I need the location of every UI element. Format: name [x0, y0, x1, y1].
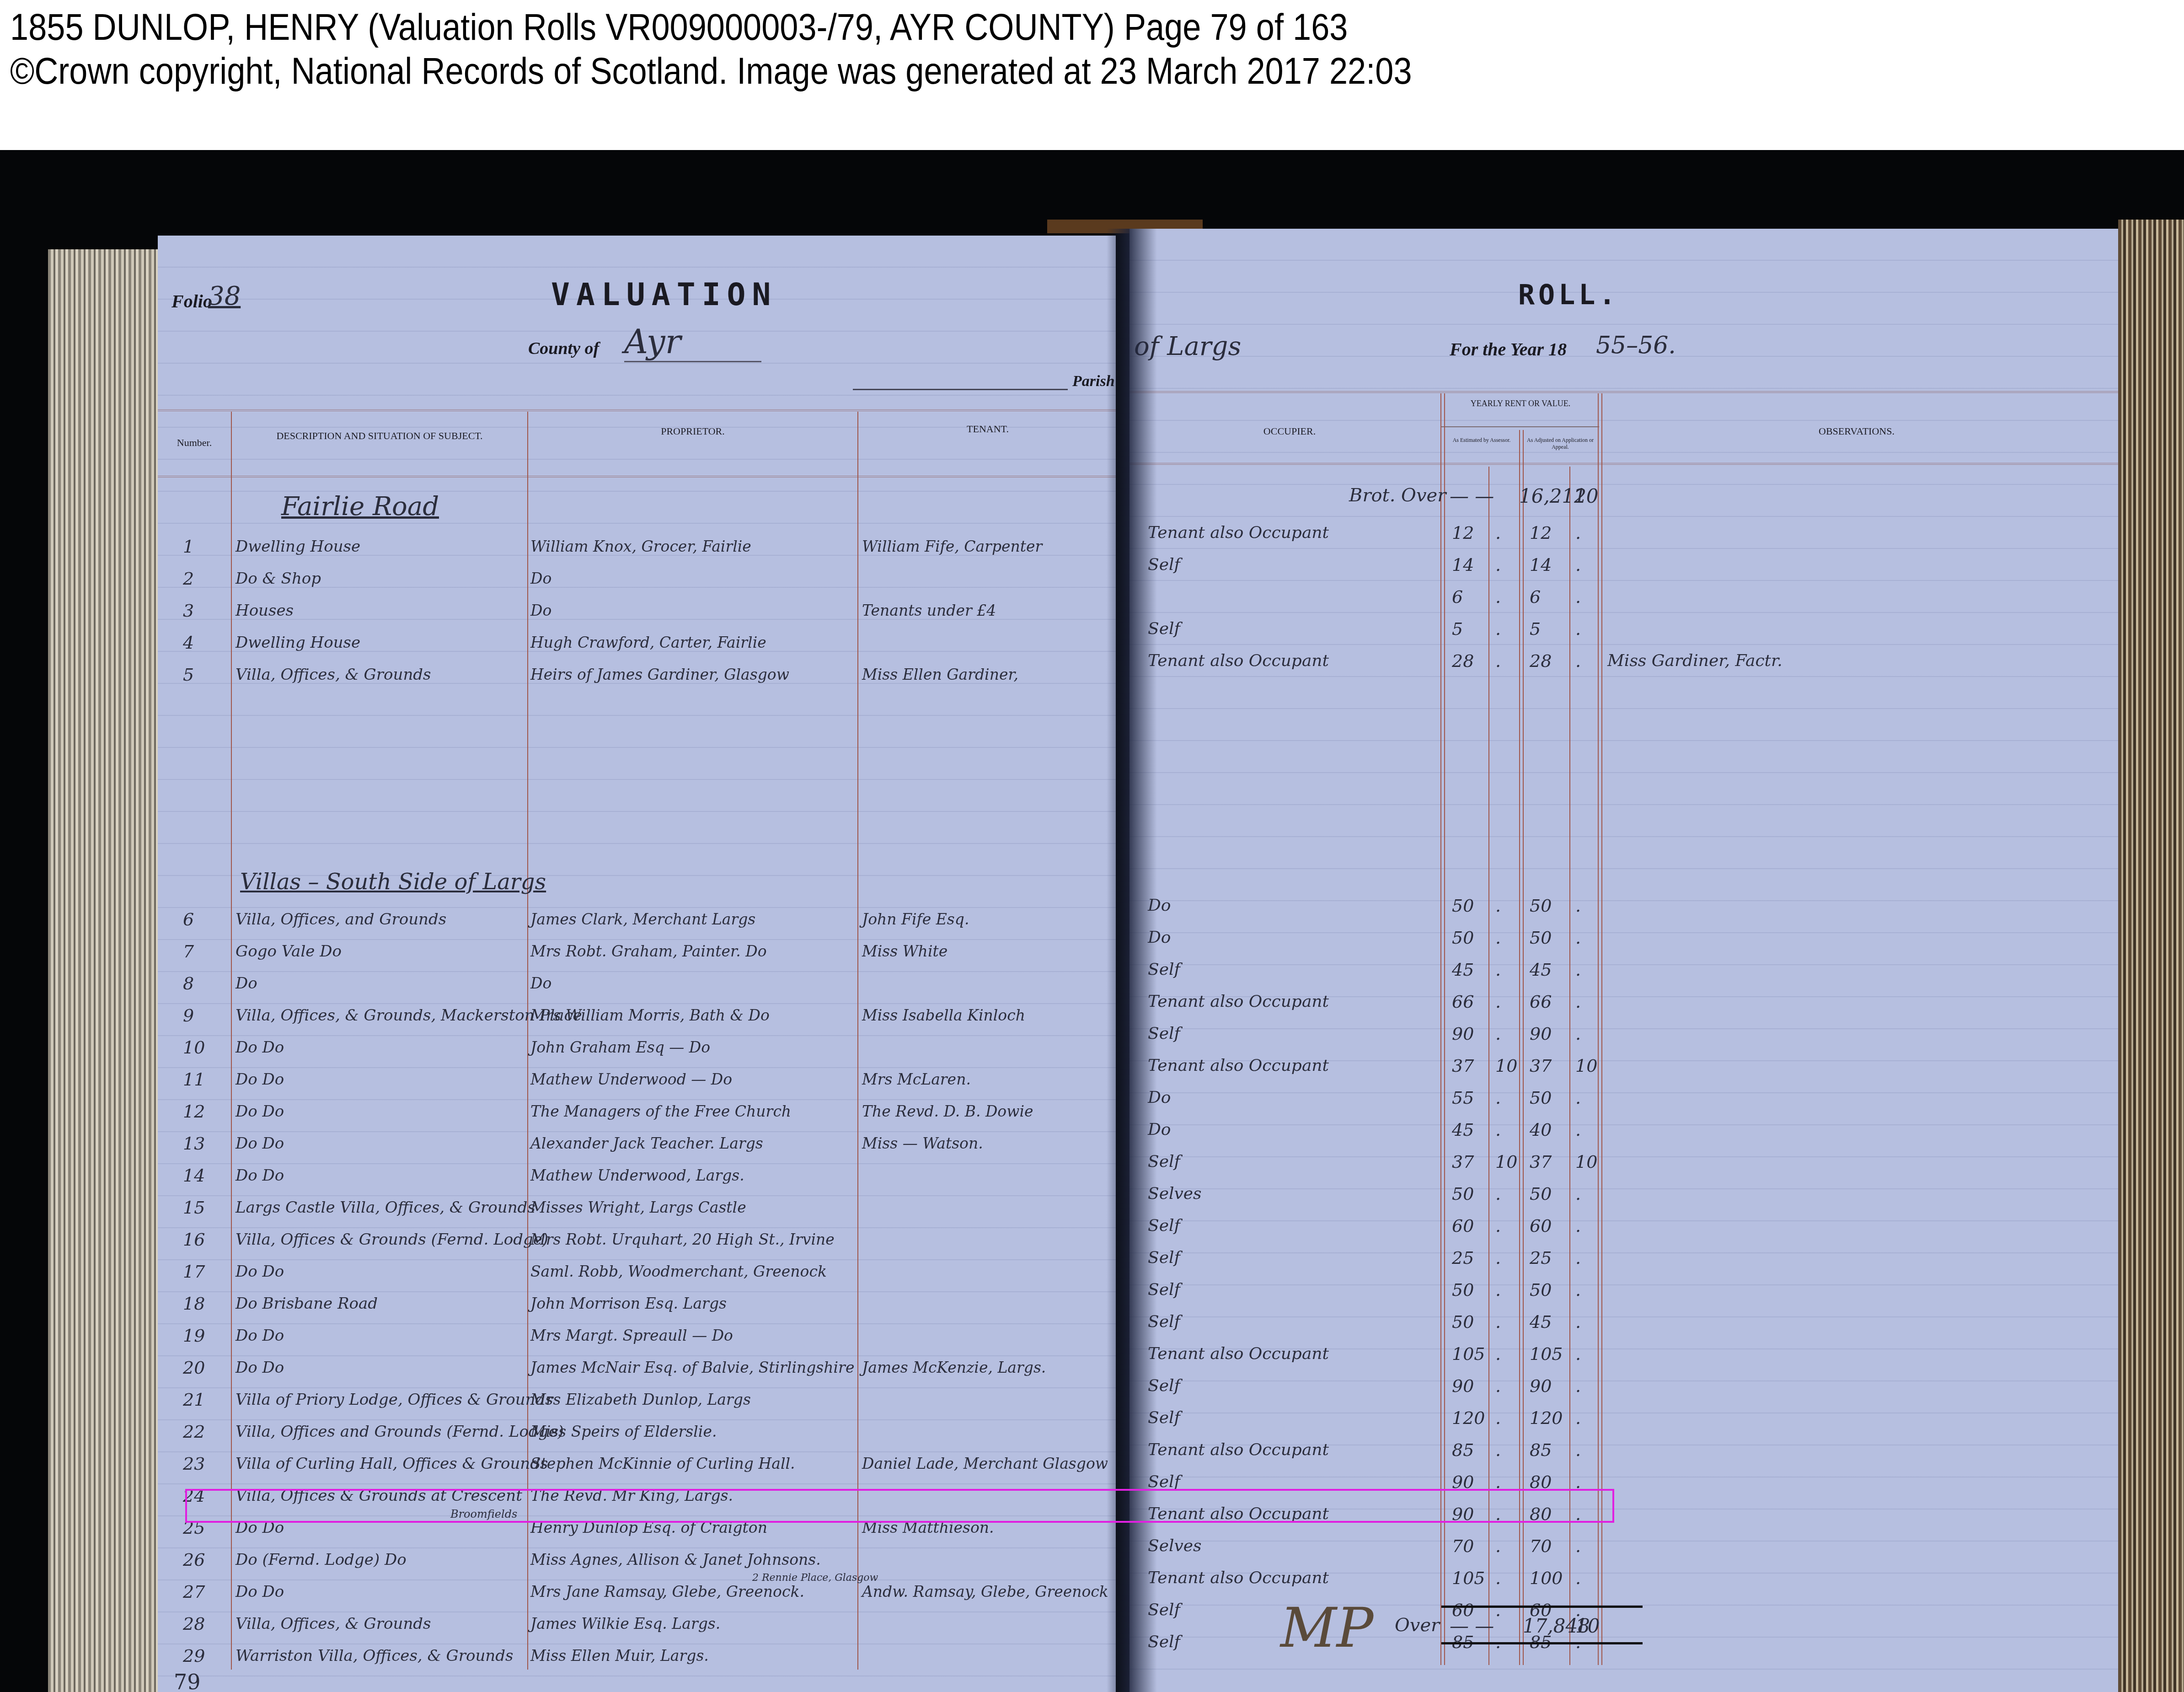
- row-adjusted-shillings: .: [1575, 1306, 1581, 1338]
- table-row: Self50.50.: [1129, 1274, 2118, 1306]
- row-adjusted-pounds: 105: [1530, 1338, 1563, 1370]
- row-estimated-pounds: 90: [1452, 1018, 1474, 1050]
- row-adjusted-shillings: .: [1575, 1562, 1581, 1594]
- row-number: 9: [183, 999, 194, 1031]
- col-header-estimated: As Estimated by Assessor.: [1445, 437, 1518, 444]
- row-adjusted-pounds: 50: [1530, 890, 1552, 922]
- carried-over-estimated: — —: [1450, 1615, 1494, 1637]
- row-description: Houses: [236, 595, 294, 627]
- row-estimated-shillings: .: [1495, 1530, 1501, 1562]
- row-adjusted-shillings: .: [1575, 922, 1581, 954]
- row-adjusted-shillings: .: [1575, 1018, 1581, 1050]
- row-description: Villa, Offices & Grounds (Fernd. Lodge): [236, 1224, 548, 1256]
- row-adjusted-pounds: 50: [1530, 1274, 1552, 1306]
- table-row: 23Villa of Curling Hall, Offices & Groun…: [158, 1448, 1116, 1480]
- row-description: Do & Shop: [236, 563, 321, 595]
- row-occupier: Tenant also Occupant: [1148, 1562, 1329, 1594]
- row-proprietor: James Clark, Merchant Largs: [530, 903, 755, 935]
- row-number: 13: [183, 1128, 205, 1160]
- row-tenant: William Fife, Carpenter: [862, 531, 1042, 563]
- row-estimated-shillings: .: [1495, 1274, 1501, 1306]
- year-value: 55–56.: [1596, 332, 1676, 359]
- book-page-edges-right: [2118, 220, 2184, 1692]
- col-header-number: Number.: [162, 437, 226, 449]
- row-estimated-pounds: 14: [1452, 549, 1474, 581]
- row-estimated-pounds: 28: [1452, 645, 1474, 677]
- table-row: 15Largs Castle Villa, Offices, & Grounds…: [158, 1192, 1116, 1224]
- table-row: Tenant also Occupant28.28.Miss Gardiner,…: [1129, 645, 2118, 677]
- carried-over-label: Over: [1395, 1615, 1440, 1636]
- row-estimated-pounds: 50: [1452, 1178, 1474, 1210]
- row-proprietor: Do: [530, 595, 551, 627]
- row-description: Gogo Vale Do: [236, 935, 342, 967]
- row-estimated-pounds: 70: [1452, 1530, 1474, 1562]
- table-row: 6Villa, Offices, and GroundsJames Clark,…: [158, 903, 1116, 935]
- table-row: 7Gogo Vale DoMrs Robt. Graham, Painter. …: [158, 935, 1116, 967]
- row-tenant: Miss Ellen Gardiner,: [862, 659, 1018, 691]
- table-row: Tenant also Occupant12.12.: [1129, 517, 2118, 549]
- row-number: 1: [183, 531, 194, 563]
- table-row: 6.6.: [1129, 581, 2118, 613]
- row-adjusted-pounds: 90: [1530, 1018, 1552, 1050]
- row-adjusted-shillings: .: [1575, 517, 1581, 549]
- row-adjusted-pounds: 70: [1530, 1530, 1552, 1562]
- row-estimated-shillings: .: [1495, 1466, 1501, 1498]
- row-proprietor: Do: [530, 563, 551, 595]
- row-estimated-shillings: .: [1495, 1562, 1501, 1594]
- row-tenant: Miss — Watson.: [862, 1128, 983, 1160]
- table-row: 28Villa, Offices, & GroundsJames Wilkie …: [158, 1608, 1116, 1640]
- row-description-note: Broomfields: [450, 1498, 517, 1530]
- table-row: Do50.50.: [1129, 890, 2118, 922]
- row-number: 2: [183, 563, 194, 595]
- row-estimated-pounds: 45: [1452, 1114, 1474, 1146]
- row-tenant: The Revd. D. B. Dowie: [862, 1096, 1033, 1128]
- row-number: 7: [183, 935, 194, 967]
- row-proprietor: John Graham Esq — Do: [530, 1031, 710, 1064]
- row-occupier: Tenant also Occupant: [1148, 986, 1329, 1018]
- row-number: 22: [183, 1416, 205, 1448]
- row-estimated-pounds: 50: [1452, 890, 1474, 922]
- row-adjusted-shillings: .: [1575, 1434, 1581, 1466]
- row-number: 20: [183, 1352, 205, 1384]
- row-description: Do (Fernd. Lodge) Do: [236, 1544, 407, 1576]
- row-description: Do Do: [236, 1352, 284, 1384]
- row-estimated-shillings: .: [1495, 517, 1501, 549]
- image-caption: 1855 DUNLOP, HENRY (Valuation Rolls VR00…: [10, 5, 1901, 93]
- col-header-proprietor: Proprietor.: [533, 425, 853, 437]
- row-adjusted-shillings: .: [1575, 581, 1581, 613]
- caption-copyright: ©Crown copyright, National Records of Sc…: [10, 49, 1901, 93]
- row-adjusted-pounds: 66: [1530, 986, 1552, 1018]
- left-page: Folio 38 VALUATION County of Ayr Parish …: [158, 236, 1116, 1692]
- row-number: 24: [183, 1480, 205, 1512]
- row-occupier: Tenant also Occupant: [1148, 1338, 1329, 1370]
- county-label: County of: [528, 338, 599, 359]
- row-description: Do Do: [236, 1320, 284, 1352]
- right-page: of Largs ROLL. For the Year 18 55–56. Oc…: [1129, 229, 2118, 1692]
- row-adjusted-shillings: .: [1575, 1178, 1581, 1210]
- row-number: 10: [183, 1031, 205, 1064]
- row-adjusted-pounds: 12: [1530, 517, 1552, 549]
- row-proprietor: James Wilkie Esq. Largs.: [530, 1608, 720, 1640]
- rent-subheader-rule: [1441, 426, 1599, 427]
- row-adjusted-shillings: .: [1575, 890, 1581, 922]
- row-adjusted-pounds: 25: [1530, 1242, 1552, 1274]
- row-adjusted-shillings: .: [1575, 954, 1581, 986]
- row-estimated-pounds: 120: [1452, 1402, 1485, 1434]
- row-adjusted-shillings: .: [1575, 549, 1581, 581]
- table-row: 5Villa, Offices, & GroundsHeirs of James…: [158, 659, 1116, 691]
- row-adjusted-shillings: 10: [1575, 1050, 1597, 1082]
- row-estimated-pounds: 37: [1452, 1050, 1474, 1082]
- row-number: 21: [183, 1384, 205, 1416]
- row-proprietor: Stephen McKinnie of Curling Hall.: [530, 1448, 795, 1480]
- row-tenant: Tenants under £4: [862, 595, 996, 627]
- row-estimated-shillings: .: [1495, 1114, 1501, 1146]
- table-row: Tenant also Occupant85.85.: [1129, 1434, 2118, 1466]
- row-observations: Miss Gardiner, Factr.: [1607, 645, 1783, 677]
- row-adjusted-shillings: .: [1575, 1338, 1581, 1370]
- row-adjusted-pounds: 100: [1530, 1562, 1563, 1594]
- county-value: Ayr: [624, 322, 761, 362]
- table-row: 18Do Brisbane RoadJohn Morrison Esq. Lar…: [158, 1288, 1116, 1320]
- row-tenant: James McKenzie, Largs.: [862, 1352, 1046, 1384]
- row-estimated-shillings: .: [1495, 613, 1501, 645]
- row-description: Villa, Offices, and Grounds: [236, 903, 446, 935]
- table-row: 25Do DoBroomfieldsHenry Dunlop Esq. of C…: [158, 1512, 1116, 1544]
- row-estimated-shillings: .: [1495, 549, 1501, 581]
- row-adjusted-pounds: 37: [1530, 1146, 1552, 1178]
- row-estimated-pounds: 60: [1452, 1210, 1474, 1242]
- row-estimated-pounds: 45: [1452, 954, 1474, 986]
- table-row: 26Do (Fernd. Lodge) DoMiss Agnes, Alliso…: [158, 1544, 1116, 1576]
- table-row: Self90.90.: [1129, 1370, 2118, 1402]
- title-valuation: VALUATION: [551, 277, 777, 313]
- table-row: 8DoDo: [158, 967, 1116, 999]
- header-rule-bottom-right: [1129, 463, 2118, 465]
- row-adjusted-shillings: .: [1575, 986, 1581, 1018]
- row-proprietor: Heirs of James Gardiner, Glasgow: [530, 659, 789, 691]
- row-adjusted-pounds: 5: [1530, 613, 1541, 645]
- section-title-villas: Villas – South Side of Largs: [240, 869, 546, 895]
- row-description: Warriston Villa, Offices, & Grounds: [236, 1640, 513, 1672]
- table-row: 12Do DoThe Managers of the Free ChurchTh…: [158, 1096, 1116, 1128]
- row-estimated-shillings: .: [1495, 1338, 1501, 1370]
- row-estimated-shillings: .: [1495, 986, 1501, 1018]
- row-adjusted-pounds: 45: [1530, 954, 1552, 986]
- row-adjusted-shillings: .: [1575, 1082, 1581, 1114]
- row-proprietor-note: 2 Rennie Place, Glasgow: [752, 1562, 878, 1594]
- row-number: 27: [183, 1576, 205, 1608]
- table-row: Self5.5.: [1129, 613, 2118, 645]
- row-adjusted-pounds: 28: [1530, 645, 1552, 677]
- row-adjusted-shillings: .: [1575, 1210, 1581, 1242]
- row-estimated-shillings: .: [1495, 922, 1501, 954]
- row-estimated-pounds: 50: [1452, 1306, 1474, 1338]
- row-proprietor: Mrs Robt. Urquhart, 20 High St., Irvine: [530, 1224, 835, 1256]
- col-header-observations: Observations.: [1605, 425, 2108, 437]
- row-estimated-shillings: 10: [1495, 1146, 1517, 1178]
- row-estimated-shillings: .: [1495, 1434, 1501, 1466]
- book-page-edges-left: [48, 249, 158, 1692]
- row-tenant: John Fife Esq.: [862, 903, 969, 935]
- row-estimated-pounds: 25: [1452, 1242, 1474, 1274]
- row-occupier: Tenant also Occupant: [1148, 1434, 1329, 1466]
- row-number: 25: [183, 1512, 205, 1544]
- table-row: Tenant also Occupant66.66.: [1129, 986, 2118, 1018]
- row-estimated-shillings: .: [1495, 1082, 1501, 1114]
- row-description: Do: [236, 967, 257, 999]
- row-estimated-shillings: .: [1495, 954, 1501, 986]
- row-proprietor: The Managers of the Free Church: [530, 1096, 791, 1128]
- row-adjusted-shillings: .: [1575, 1498, 1581, 1530]
- header-rule-top: [158, 409, 1116, 411]
- row-occupier: Tenant also Occupant: [1148, 517, 1329, 549]
- row-proprietor: Mathew Underwood — Do: [530, 1064, 732, 1096]
- table-row: Tenant also Occupant90.80.: [1129, 1498, 2118, 1530]
- row-adjusted-pounds: 120: [1530, 1402, 1563, 1434]
- row-occupier: Tenant also Occupant: [1148, 645, 1329, 677]
- brought-over-adjusted-shillings: 10: [1574, 485, 1598, 507]
- row-estimated-shillings: .: [1495, 1306, 1501, 1338]
- row-adjusted-pounds: 50: [1530, 1082, 1552, 1114]
- row-proprietor: Henry Dunlop Esq. of Craigton: [530, 1512, 767, 1544]
- row-number: 12: [183, 1096, 205, 1128]
- row-estimated-pounds: 6: [1452, 581, 1463, 613]
- row-description: Villa, Offices, & Grounds: [236, 1608, 431, 1640]
- row-number: 8: [183, 967, 194, 999]
- row-proprietor: Mrs Elizabeth Dunlop, Largs: [530, 1384, 751, 1416]
- row-number: 29: [183, 1640, 205, 1672]
- table-row: 19Do DoMrs Margt. Spreaull — Do: [158, 1320, 1116, 1352]
- col-header-description: Description and situation of subject.: [236, 430, 524, 442]
- row-estimated-pounds: 105: [1452, 1338, 1485, 1370]
- row-adjusted-pounds: 45: [1530, 1306, 1552, 1338]
- row-estimated-shillings: .: [1495, 645, 1501, 677]
- row-estimated-shillings: .: [1495, 1178, 1501, 1210]
- folio-label: Folio: [171, 290, 212, 312]
- table-row: Self90.80.: [1129, 1466, 2118, 1498]
- row-description: Villa, Offices, & Grounds: [236, 659, 431, 691]
- row-adjusted-pounds: 14: [1530, 549, 1552, 581]
- table-row: 17Do DoSaml. Robb, Woodmerchant, Greenoc…: [158, 1256, 1116, 1288]
- table-row: Self60.60.: [1129, 1210, 2118, 1242]
- row-tenant: Miss Matthieson.: [862, 1512, 994, 1544]
- row-tenant: Miss Isabella Kinloch: [862, 999, 1025, 1031]
- row-estimated-pounds: 90: [1452, 1466, 1474, 1498]
- row-proprietor: Mrs Robt. Graham, Painter. Do: [530, 935, 767, 967]
- row-adjusted-pounds: 50: [1530, 922, 1552, 954]
- row-number: 23: [183, 1448, 205, 1480]
- row-number: 16: [183, 1224, 205, 1256]
- row-adjusted-pounds: 37: [1530, 1050, 1552, 1082]
- row-proprietor: Miss Ellen Muir, Largs.: [530, 1640, 709, 1672]
- row-description: Do Brisbane Road: [236, 1288, 378, 1320]
- table-row: 22Villa, Offices and Grounds (Fernd. Lod…: [158, 1416, 1116, 1448]
- row-proprietor: Miss Speirs of Elderslie.: [530, 1416, 717, 1448]
- row-estimated-pounds: 90: [1452, 1370, 1474, 1402]
- row-estimated-shillings: .: [1495, 581, 1501, 613]
- table-row: 21Villa of Priory Lodge, Offices & Groun…: [158, 1384, 1116, 1416]
- table-row: Self37103710: [1129, 1146, 2118, 1178]
- row-proprietor: Do: [530, 967, 551, 999]
- row-adjusted-shillings: .: [1575, 1274, 1581, 1306]
- total-rule-top: [1441, 1606, 1643, 1608]
- row-adjusted-shillings: .: [1575, 1402, 1581, 1434]
- row-proprietor: The Revd. Mr King, Largs.: [530, 1480, 733, 1512]
- row-estimated-shillings: .: [1495, 1370, 1501, 1402]
- row-description: Do Do: [236, 1064, 284, 1096]
- row-adjusted-shillings: .: [1575, 613, 1581, 645]
- table-row: Selves50.50.: [1129, 1178, 2118, 1210]
- header-rule-top-right: [1129, 391, 2118, 393]
- row-proprietor: Saml. Robb, Woodmerchant, Greenock: [530, 1256, 827, 1288]
- row-estimated-shillings: .: [1495, 1594, 1501, 1626]
- row-estimated-pounds: 50: [1452, 922, 1474, 954]
- row-estimated-pounds: 90: [1452, 1498, 1474, 1530]
- row-adjusted-shillings: 10: [1575, 1146, 1597, 1178]
- row-proprietor: Mathew Underwood, Largs.: [530, 1160, 744, 1192]
- row-description: Do Do: [236, 1256, 284, 1288]
- row-description: Do Do: [236, 1512, 284, 1544]
- row-description: Do Do: [236, 1128, 284, 1160]
- row-tenant: Miss White: [862, 935, 947, 967]
- col-header-adjusted: As Adjusted on Application or Appeal.: [1524, 437, 1597, 451]
- table-row: 20Do DoJames McNair Esq. of Balvie, Stir…: [158, 1352, 1116, 1384]
- table-row: 14Do DoMathew Underwood, Largs.: [158, 1160, 1116, 1192]
- table-row: Self25.25.: [1129, 1242, 2118, 1274]
- row-description: Largs Castle Villa, Offices, & Grounds: [236, 1192, 535, 1224]
- row-adjusted-pounds: 50: [1530, 1178, 1552, 1210]
- row-number: 26: [183, 1544, 205, 1576]
- row-number: 19: [183, 1320, 205, 1352]
- row-estimated-shillings: .: [1495, 1242, 1501, 1274]
- table-row: 9Villa, Offices, & Grounds, Mackerston P…: [158, 999, 1116, 1031]
- row-description: Dwelling House: [236, 627, 360, 659]
- row-estimated-pounds: 12: [1452, 517, 1474, 549]
- row-adjusted-shillings: .: [1575, 1370, 1581, 1402]
- row-adjusted-shillings: .: [1575, 645, 1581, 677]
- row-number: 28: [183, 1608, 205, 1640]
- row-estimated-shillings: .: [1495, 890, 1501, 922]
- table-row: 10Do DoJohn Graham Esq — Do: [158, 1031, 1116, 1064]
- table-row: Tenant also Occupant105.100.: [1129, 1562, 2118, 1594]
- table-row: Do55.50.: [1129, 1082, 2118, 1114]
- table-row: 24Villa, Offices & Grounds at CrescentTh…: [158, 1480, 1116, 1512]
- row-proprietor: Mrs Margt. Spreaull — Do: [530, 1320, 733, 1352]
- row-adjusted-pounds: 80: [1530, 1498, 1552, 1530]
- row-number: 4: [183, 627, 194, 659]
- col-header-occupier: Occupier.: [1184, 425, 1395, 437]
- row-estimated-shillings: .: [1495, 1402, 1501, 1434]
- row-description: Villa of Priory Lodge, Offices & Grounds: [236, 1384, 553, 1416]
- table-row: Self14.14.: [1129, 549, 2118, 581]
- total-rule-bottom: [1441, 1642, 1643, 1644]
- row-proprietor: John Morrison Esq. Largs: [530, 1288, 727, 1320]
- row-estimated-shillings: .: [1495, 1498, 1501, 1530]
- row-number: 11: [183, 1064, 205, 1096]
- table-row: 27Do DoMrs Jane Ramsay, Glebe, Greenock.…: [158, 1576, 1116, 1608]
- table-row: Self90.90.: [1129, 1018, 2118, 1050]
- row-description: Dwelling House: [236, 531, 360, 563]
- row-proprietor: James McNair Esq. of Balvie, Stirlingshi…: [530, 1352, 854, 1384]
- row-number: 18: [183, 1288, 205, 1320]
- table-row: 16Villa, Offices & Grounds (Fernd. Lodge…: [158, 1224, 1116, 1256]
- table-row: Do45.40.: [1129, 1114, 2118, 1146]
- row-estimated-shillings: 10: [1495, 1050, 1517, 1082]
- table-row: Self45.45.: [1129, 954, 2118, 986]
- row-description: Do Do: [236, 1096, 284, 1128]
- row-description: Do Do: [236, 1576, 284, 1608]
- table-row: Self60.60.: [1129, 1594, 2118, 1626]
- table-row: 11Do DoMathew Underwood — DoMrs McLaren.: [158, 1064, 1116, 1096]
- table-row: 1Dwelling HouseWilliam Knox, Grocer, Fai…: [158, 531, 1116, 563]
- row-adjusted-pounds: 90: [1530, 1370, 1552, 1402]
- row-estimated-pounds: 66: [1452, 986, 1474, 1018]
- row-number: 17: [183, 1256, 205, 1288]
- table-row: 4Dwelling HouseHugh Crawford, Carter, Fa…: [158, 627, 1116, 659]
- table-row: Self120.120.: [1129, 1402, 2118, 1434]
- row-estimated-pounds: 50: [1452, 1274, 1474, 1306]
- row-adjusted-shillings: .: [1575, 1466, 1581, 1498]
- header-rule-bottom: [158, 476, 1116, 478]
- table-row: Self50.45.: [1129, 1306, 2118, 1338]
- row-estimated-pounds: 105: [1452, 1562, 1485, 1594]
- caption-title: 1855 DUNLOP, HENRY (Valuation Rolls VR00…: [10, 5, 1901, 49]
- row-estimated-pounds: 5: [1452, 613, 1463, 645]
- row-estimated-shillings: .: [1495, 1210, 1501, 1242]
- row-description: Do Do: [236, 1031, 284, 1064]
- row-tenant: Andw. Ramsay, Glebe, Greenock: [862, 1576, 1108, 1608]
- table-row: 2Do & ShopDo: [158, 563, 1116, 595]
- row-number: 15: [183, 1192, 205, 1224]
- row-number: 3: [183, 595, 194, 627]
- row-description: Do Do: [236, 1160, 284, 1192]
- row-proprietor: Alexander Jack Teacher. Largs: [530, 1128, 763, 1160]
- table-row: 29Warriston Villa, Offices, & GroundsMis…: [158, 1640, 1116, 1672]
- row-adjusted-shillings: .: [1575, 1530, 1581, 1562]
- table-row: Tenant also Occupant105.105.: [1129, 1338, 2118, 1370]
- row-proprietor: Mrs William Morris, Bath & Do: [530, 999, 770, 1031]
- page-number: 79: [174, 1670, 201, 1692]
- section-title-fairlie-road: Fairlie Road: [281, 492, 439, 521]
- row-adjusted-pounds: 6: [1530, 581, 1541, 613]
- row-estimated-pounds: 85: [1452, 1434, 1474, 1466]
- folio-value: 38: [208, 281, 241, 311]
- parish-underline: [853, 389, 1068, 390]
- row-description: Villa of Curling Hall, Offices & Grounds: [236, 1448, 548, 1480]
- year-label: For the Year 18: [1450, 338, 1567, 360]
- brought-over-estimated: — —: [1450, 485, 1494, 507]
- row-occupier: Tenant also Occupant: [1148, 1050, 1329, 1082]
- row-occupier: Tenant also Occupant: [1148, 1498, 1329, 1530]
- row-estimated-shillings: .: [1495, 1018, 1501, 1050]
- col-header-tenant: Tenant.: [862, 423, 1113, 435]
- row-proprietor: Misses Wright, Largs Castle: [530, 1192, 746, 1224]
- row-adjusted-shillings: .: [1575, 1242, 1581, 1274]
- title-roll: ROLL.: [1518, 279, 1619, 311]
- table-row: 3HousesDoTenants under £4: [158, 595, 1116, 627]
- row-proprietor: William Knox, Grocer, Fairlie: [530, 531, 751, 563]
- book-gutter: [1107, 229, 1157, 1692]
- row-number: 5: [183, 659, 194, 691]
- row-tenant: Mrs McLaren.: [862, 1064, 971, 1096]
- table-row: 13Do DoAlexander Jack Teacher. LargsMiss…: [158, 1128, 1116, 1160]
- row-tenant: Daniel Lade, Merchant Glasgow: [862, 1448, 1108, 1480]
- row-adjusted-shillings: .: [1575, 1114, 1581, 1146]
- assessor-initials: MP: [1280, 1596, 1374, 1660]
